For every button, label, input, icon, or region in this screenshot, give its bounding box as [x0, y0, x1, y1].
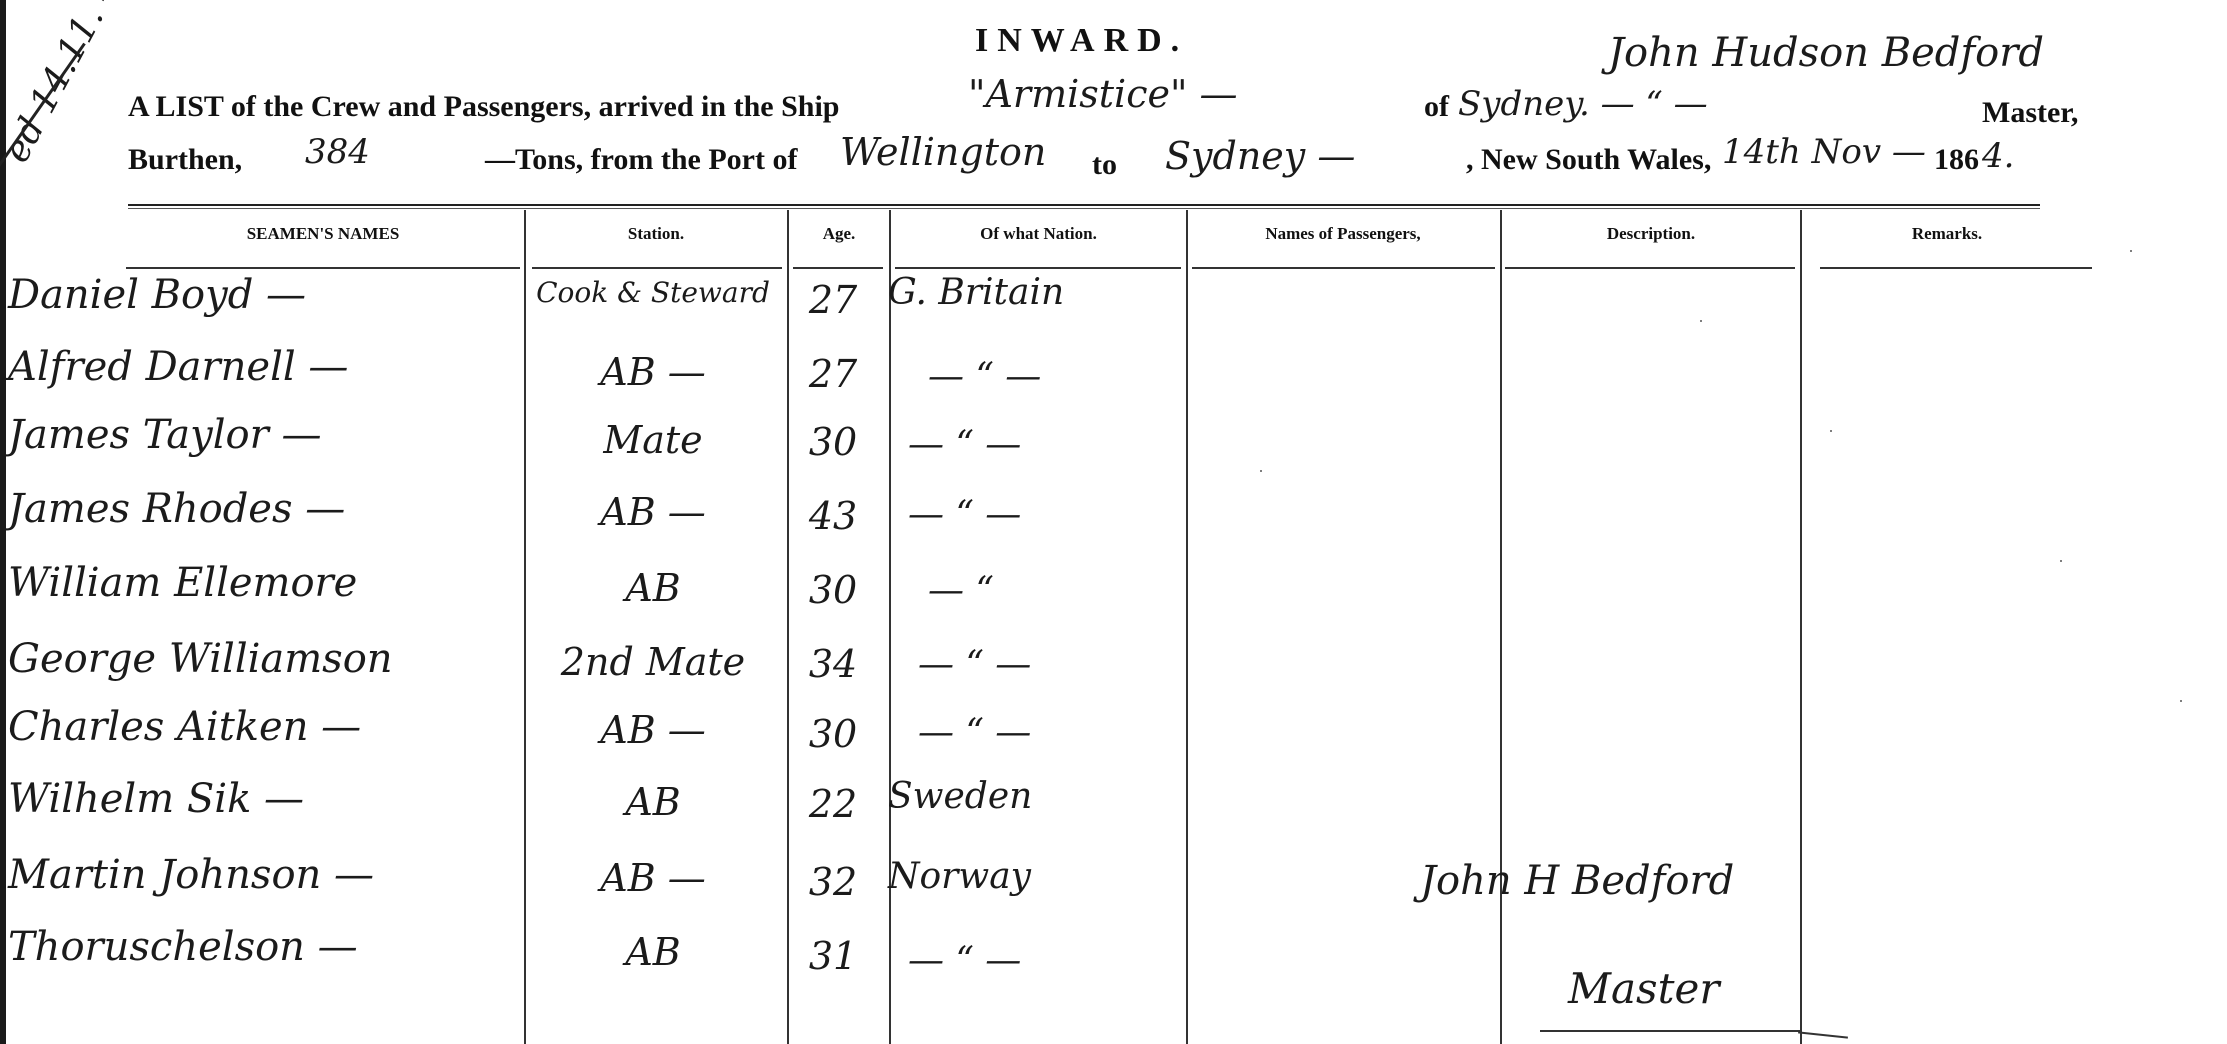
seaman-station: 2nd Mate: [522, 640, 784, 684]
seaman-name: Wilhelm Sik —: [8, 776, 304, 822]
seaman-nation: G. Britain: [888, 272, 1178, 313]
seaman-nation: — “ —: [888, 644, 1208, 685]
seaman-age: 32: [783, 860, 883, 904]
seaman-name: James Taylor —: [8, 412, 321, 458]
seaman-nation: — “ —: [888, 356, 1218, 397]
master-signature-title: Master: [1568, 964, 1719, 1013]
column-header-age: Age.: [789, 224, 889, 244]
ship-name: "Armistice" —: [968, 72, 1238, 116]
seaman-age: 22: [783, 782, 883, 826]
header-underline-description: [1505, 267, 1795, 269]
seaman-nation: — “ —: [888, 494, 1198, 535]
seaman-age: 43: [783, 494, 883, 538]
year-handwritten: 4.: [1982, 136, 2014, 176]
margin-annotation: ed 14.11. 4B: [0, 0, 141, 169]
header-underline-station: [532, 267, 782, 269]
column-header-nation: Of what Nation.: [891, 224, 1186, 244]
scan-speck: [1830, 430, 1832, 432]
seaman-station: AB —: [522, 708, 784, 752]
column-header-passenger-names: Names of Passengers,: [1188, 224, 1498, 244]
scan-speck: [300, 232, 302, 234]
seaman-nation: Sweden: [888, 776, 1178, 817]
master-label: Master,: [1982, 96, 2078, 130]
seaman-station: AB —: [522, 350, 784, 394]
burthen-label: Burthen,: [128, 143, 242, 177]
signature-flourish: [1540, 1030, 1800, 1032]
scan-speck: [2130, 250, 2132, 252]
seaman-name: Martin Johnson —: [8, 852, 374, 898]
seaman-age: 34: [783, 642, 883, 686]
scan-speck: [1260, 470, 1262, 472]
master-signature: John H Bedford: [1420, 858, 1734, 904]
seaman-station: AB: [522, 930, 784, 974]
seaman-name: George Williamson: [8, 636, 393, 682]
col-divider-5: [1500, 210, 1502, 1044]
seaman-name: James Rhodes —: [8, 486, 345, 532]
seaman-age: 27: [783, 278, 883, 322]
tons-label: —Tons, from the Port of: [485, 143, 797, 177]
seaman-nation: — “ —: [888, 424, 1198, 465]
header-underline-names: [126, 267, 520, 269]
ship-port: Sydney. — “ —: [1458, 84, 1708, 124]
crew-list-document: ed 14.11. 4B INWARD. A LIST of the Crew …: [0, 0, 2227, 1044]
master-name: John Hudson Bedford: [1608, 30, 2044, 76]
col-divider-4: [1186, 210, 1188, 1044]
seaman-name: Daniel Boyd —: [8, 272, 306, 318]
column-header-remarks: Remarks.: [1802, 224, 2092, 244]
seaman-age: 30: [783, 712, 883, 756]
scan-speck: [2060, 560, 2062, 562]
column-header-station: Station.: [526, 224, 786, 244]
seaman-station: AB —: [522, 856, 784, 900]
nsw-label: , New South Wales,: [1466, 143, 1711, 177]
column-header-seamen-names: SEAMEN'S NAMES: [128, 224, 518, 244]
scan-speck: [2180, 700, 2182, 702]
seaman-station: AB —: [522, 490, 784, 534]
seaman-name: Thoruschelson —: [8, 924, 358, 970]
signature-flourish-tail: [1798, 1031, 1848, 1038]
seaman-nation: — “ —: [888, 712, 1208, 753]
arrival-date: 14th Nov —: [1722, 132, 1926, 172]
seaman-station: AB: [522, 566, 784, 610]
seaman-station: AB: [522, 780, 784, 824]
header-underline-nation: [895, 267, 1181, 269]
col-divider-2: [787, 210, 789, 1044]
document-title: INWARD.: [975, 22, 1188, 60]
seaman-nation: — “ —: [888, 940, 1198, 981]
header-underline-passengers: [1192, 267, 1495, 269]
seaman-name: William Ellemore: [8, 560, 357, 606]
header-line1-prefix: A LIST of the Crew and Passengers, arriv…: [128, 90, 839, 124]
col-divider-3: [889, 210, 891, 1044]
scan-speck: [1700, 320, 1702, 322]
burthen-value: 384: [305, 132, 370, 172]
to-port: Sydney —: [1165, 134, 1355, 178]
seaman-station: Mate: [522, 418, 784, 462]
col-divider-1: [524, 210, 526, 1044]
header-rule-top: [128, 204, 2040, 206]
seaman-nation: — “: [888, 570, 1218, 611]
seaman-age: 27: [783, 352, 883, 396]
seaman-name: Charles Aitken —: [8, 704, 361, 750]
seaman-age: 30: [783, 568, 883, 612]
seaman-nation: Norway: [888, 856, 1178, 897]
header-underline-age: [793, 267, 883, 269]
seaman-station: Cook & Steward: [522, 276, 784, 309]
seaman-name: Alfred Darnell —: [8, 344, 348, 390]
column-header-description: Description.: [1502, 224, 1800, 244]
year-printed: 186: [1934, 143, 1979, 177]
header-underline-remarks: [1820, 267, 2092, 269]
from-port: Wellington: [840, 130, 1046, 174]
of-label: of: [1424, 90, 1449, 124]
seaman-age: 31: [783, 934, 883, 978]
header-rule-bottom: [128, 208, 2040, 209]
col-divider-6: [1800, 210, 1802, 1044]
to-label: to: [1092, 148, 1117, 182]
seaman-age: 30: [783, 420, 883, 464]
